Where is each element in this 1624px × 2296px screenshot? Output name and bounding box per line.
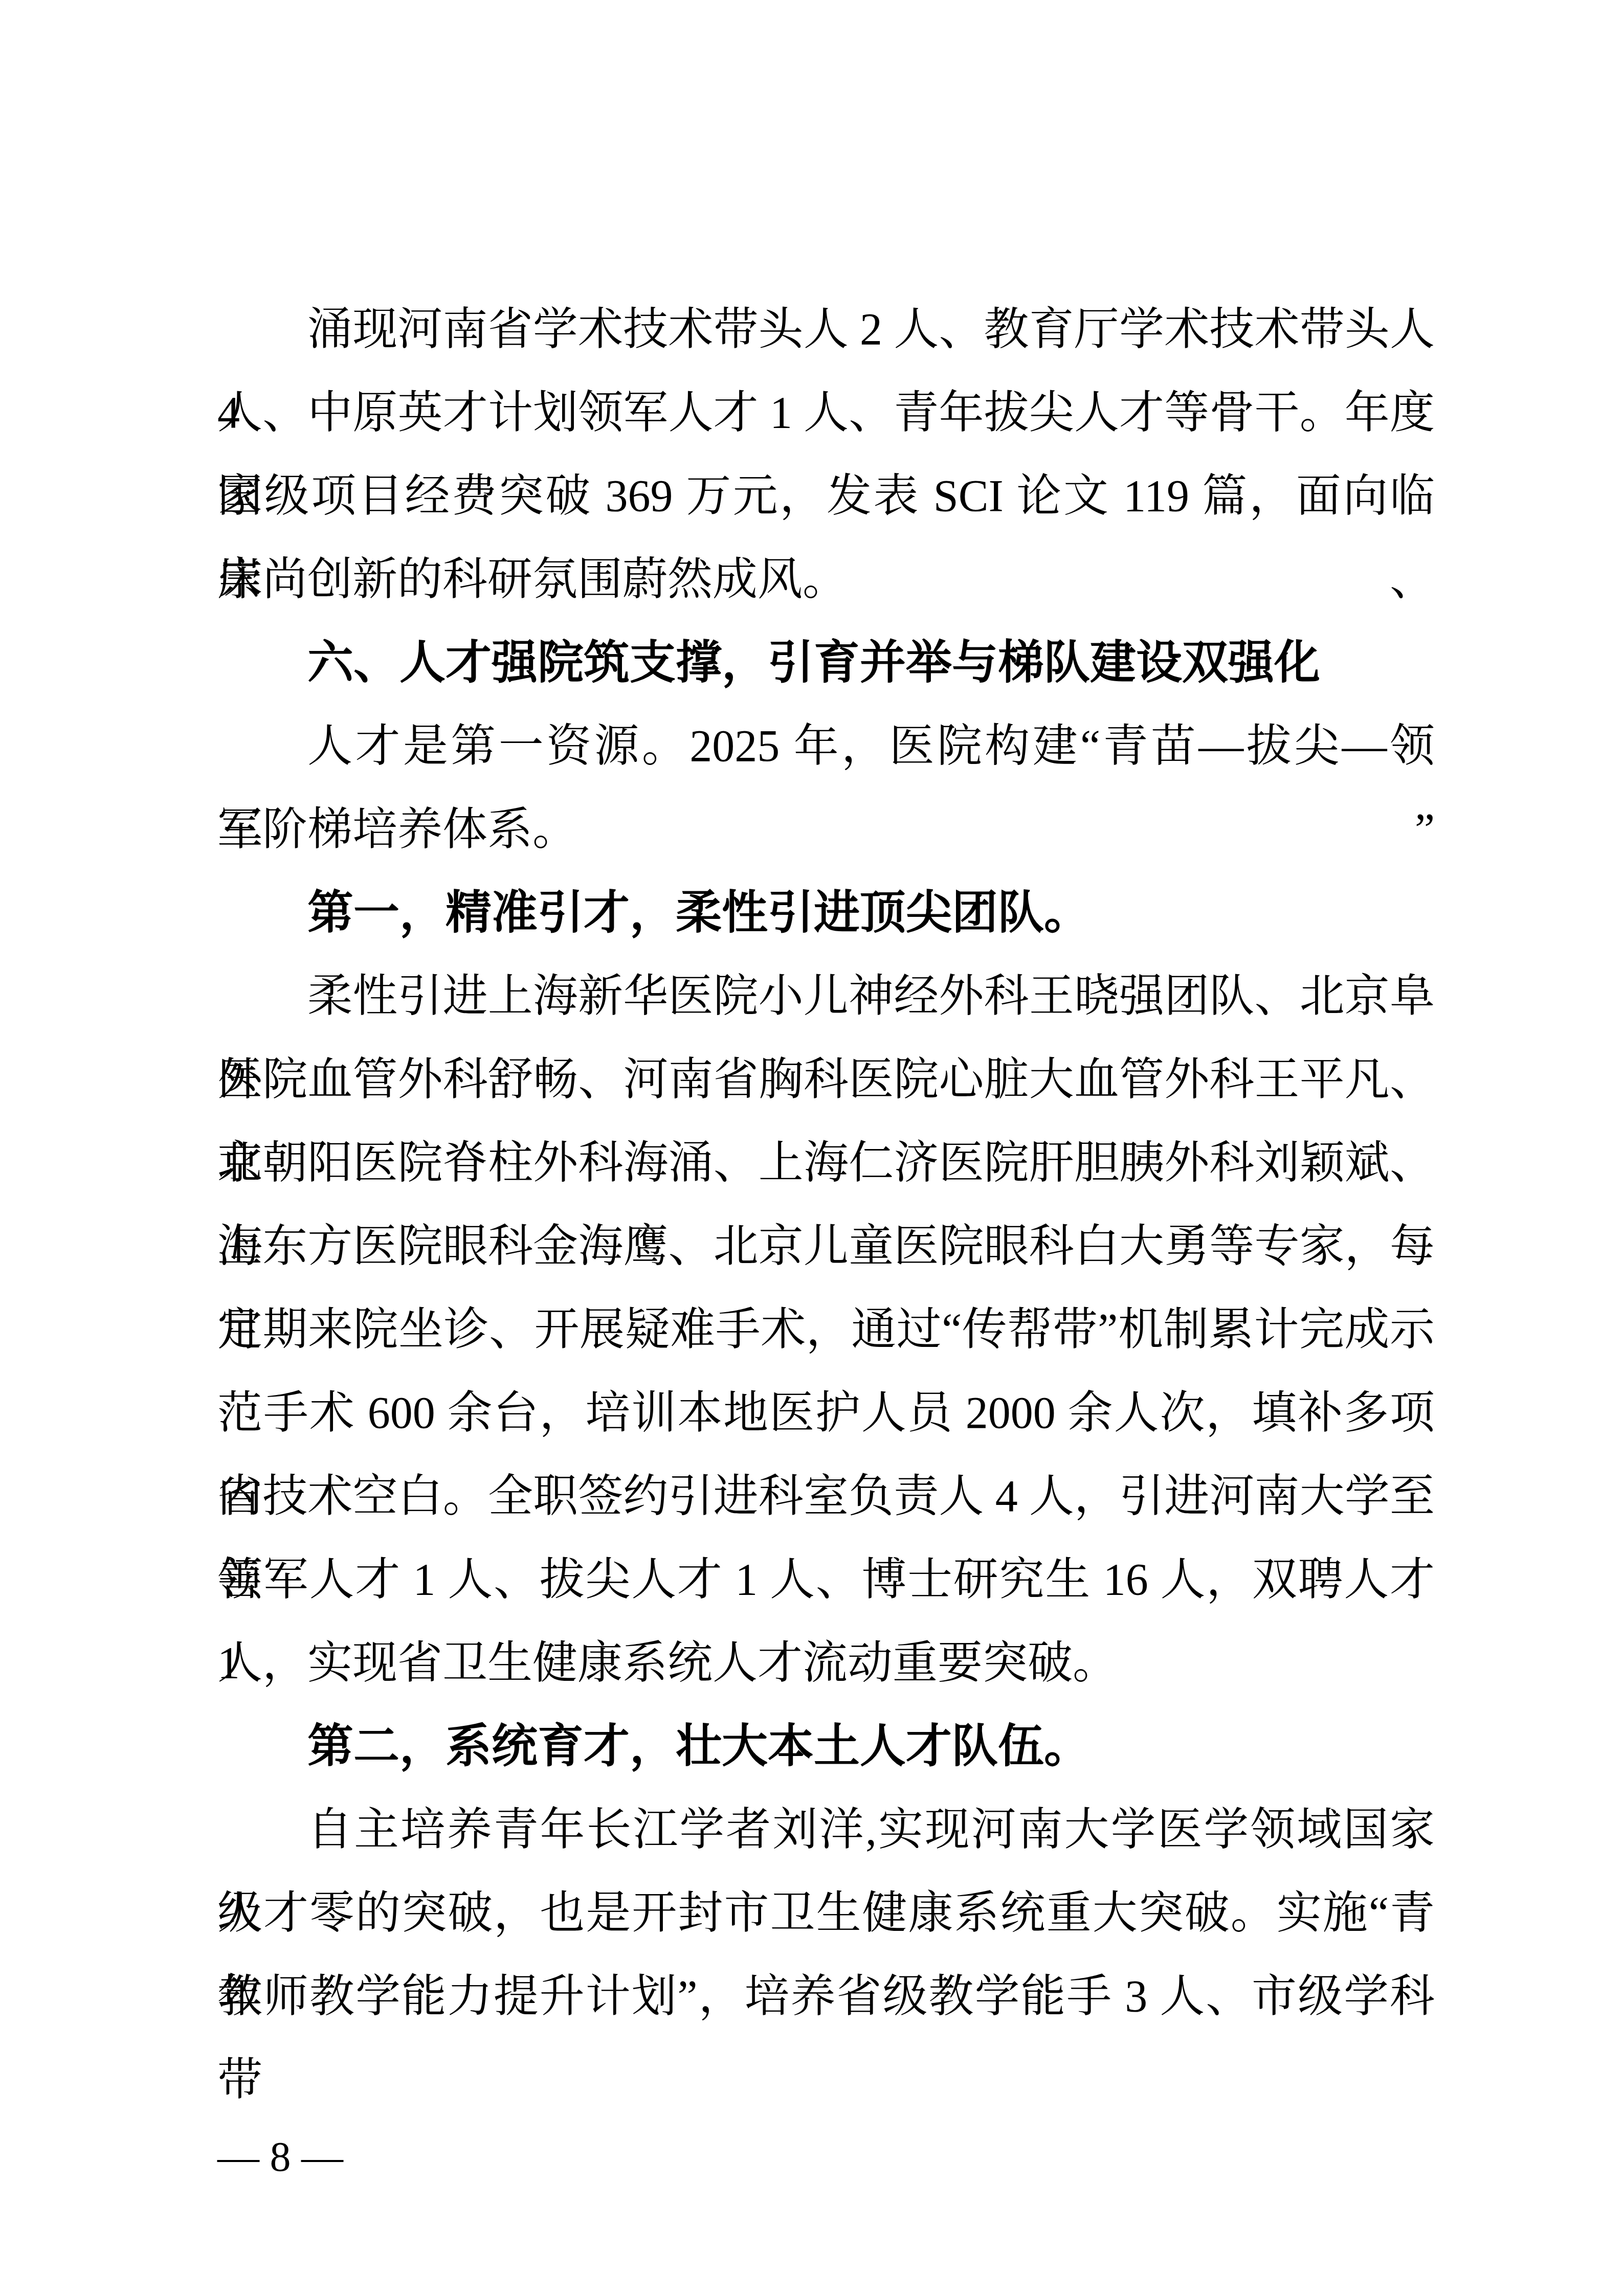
sub-heading: 第一，精准引才，柔性引进顶尖团队。 [217, 871, 1435, 955]
text-line: 自主培养青年长江学者刘洋,实现河南大学医学领域国家级 [217, 1788, 1435, 1872]
text-line: 医院血管外科舒畅、河南省胸科医院心脏大血管外科王平凡、北 [217, 1038, 1435, 1121]
text-line: 家级项目经费突破 369 万元，发表 SCI 论文 119 篇，面向临床、 [217, 455, 1435, 538]
text-line: 涌现河南省学术技术带头人 2 人、教育厅学术技术带头人 4 [217, 288, 1435, 371]
text-line: 柔性引进上海新华医院小儿神经外科王晓强团队、北京阜外 [217, 955, 1435, 1038]
text-line: 教师教学能力提升计划”，培养省级教学能手 3 人、市级学科带 [217, 1955, 1435, 2038]
text-line: 定期来院坐诊、开展疑难手术，通过“传帮带”机制累计完成示 [217, 1288, 1435, 1371]
text-line: 人，实现省卫生健康系统人才流动重要突破。 [217, 1622, 1435, 1705]
text-line: 内技术空白。全职签约引进科室负责人 4 人，引进河南大学至善 [217, 1455, 1435, 1538]
text-line: 人才是第一资源。2025 年，医院构建“青苗—拔尖—领军” [217, 705, 1435, 788]
text-line: 海东方医院眼科金海鹰、北京儿童医院眼科白大勇等专家，每月 [217, 1205, 1435, 1288]
document-body: 涌现河南省学术技术带头人 2 人、教育厅学术技术带头人 4人、中原英才计划领军人… [217, 288, 1435, 2038]
page-number: — 8 — [217, 2116, 343, 2198]
text-line: 人才零的突破，也是开封市卫生健康系统重大突破。实施“青年 [217, 1872, 1435, 1955]
sub-heading: 第二，系统育才，壮大本土人才队伍。 [217, 1705, 1435, 1788]
text-line: 京朝阳医院脊柱外科海涌、上海仁济医院肝胆胰外科刘颖斌、上 [217, 1121, 1435, 1205]
section-heading: 六、人才强院筑支撑，引育并举与梯队建设双强化 [217, 621, 1435, 705]
text-line: 人、中原英才计划领军人才 1 人、青年拔尖人才等骨干。年度国 [217, 371, 1435, 455]
document-page: 涌现河南省学术技术带头人 2 人、教育厅学术技术带头人 4人、中原英才计划领军人… [0, 0, 1624, 2296]
text-line: 领军人才 1 人、拔尖人才 1 人、博士研究生 16 人，双聘人才 1 [217, 1538, 1435, 1622]
text-line: 范手术 600 余台，培训本地医护人员 2000 余人次，填补多项省 [217, 1371, 1435, 1455]
